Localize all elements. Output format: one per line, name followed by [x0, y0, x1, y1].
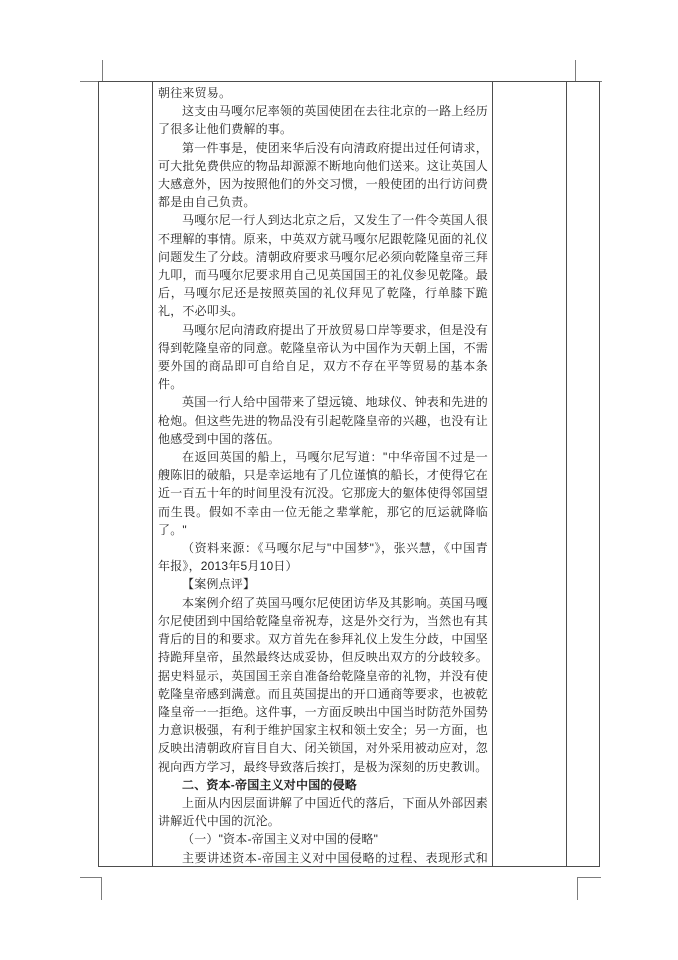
crop-mark-top-right-vertical: [575, 60, 576, 82]
document-page: 朝往来贸易。 这支由马嘎尔尼率领的英国使团在去往北京的一路上经历了很多让他们费解…: [0, 0, 678, 960]
paragraph: 第一件事是，使团来华后没有向清政府提出过任何请求，可大批免费供应的物品却源源不断…: [158, 139, 488, 212]
section-heading: 二、资本-帝国主义对中国的侵略: [158, 776, 488, 794]
paragraph: 在返回英国的船上，马嘎尔尼写道："中华帝国不过是一艘陈旧的破船，只是幸运地有了几…: [158, 448, 488, 539]
paragraph: 这支由马嘎尔尼率领的英国使团在去往北京的一路上经历了很多让他们费解的事。: [158, 102, 488, 138]
paragraph: 马嘎尔尼一行人到达北京之后，又发生了一件令英国人很不理解的事情。原来，中英双方就…: [158, 211, 488, 320]
crop-mark-bottom-right-vertical: [577, 877, 578, 900]
paragraph: 马嘎尔尼向清政府提出了开放贸易口岸等要求，但是没有得到乾隆皇帝的同意。乾隆皇帝认…: [158, 321, 488, 394]
case-study-cell: 朝往来贸易。 这支由马嘎尔尼率领的英国使团在去往北京的一路上经历了很多让他们费解…: [153, 82, 493, 868]
paragraph: 主要讲述资本-帝国主义对中国侵略的过程、表现形式和影: [158, 849, 488, 868]
crop-mark-bottom-right-horizontal: [577, 877, 601, 878]
source-note: （资料来源：《马嘎尔尼与"中国梦"》，张兴慧，《中国青年报》，2013年5月10…: [158, 539, 488, 575]
section-label: 【案例点评】: [158, 575, 488, 593]
crop-mark-bottom-left-vertical: [101, 877, 102, 900]
content-table: 朝往来贸易。 这支由马嘎尔尼率领的英国使团在去往北京的一路上经历了很多让他们费解…: [98, 81, 600, 867]
table-border-annotation-column: [566, 82, 567, 866]
crop-mark-bottom-left-horizontal: [80, 877, 102, 878]
paragraph: 上面从内因层面讲解了中国近代的落后，下面从外部因素讲解近代中国的沉沦。: [158, 794, 488, 830]
paragraph: 英国一行人给中国带来了望远镜、地球仪、钟表和先进的枪炮。但这些先进的物品没有引起…: [158, 393, 488, 448]
paragraph: 朝往来贸易。: [158, 84, 488, 102]
paragraph: 本案例介绍了英国马嘎尔尼使团访华及其影响。英国马嘎尔尼使团到中国给乾隆皇帝祝寿，…: [158, 594, 488, 776]
sub-heading: （一）"资本-帝国主义对中国的侵略": [158, 830, 488, 848]
